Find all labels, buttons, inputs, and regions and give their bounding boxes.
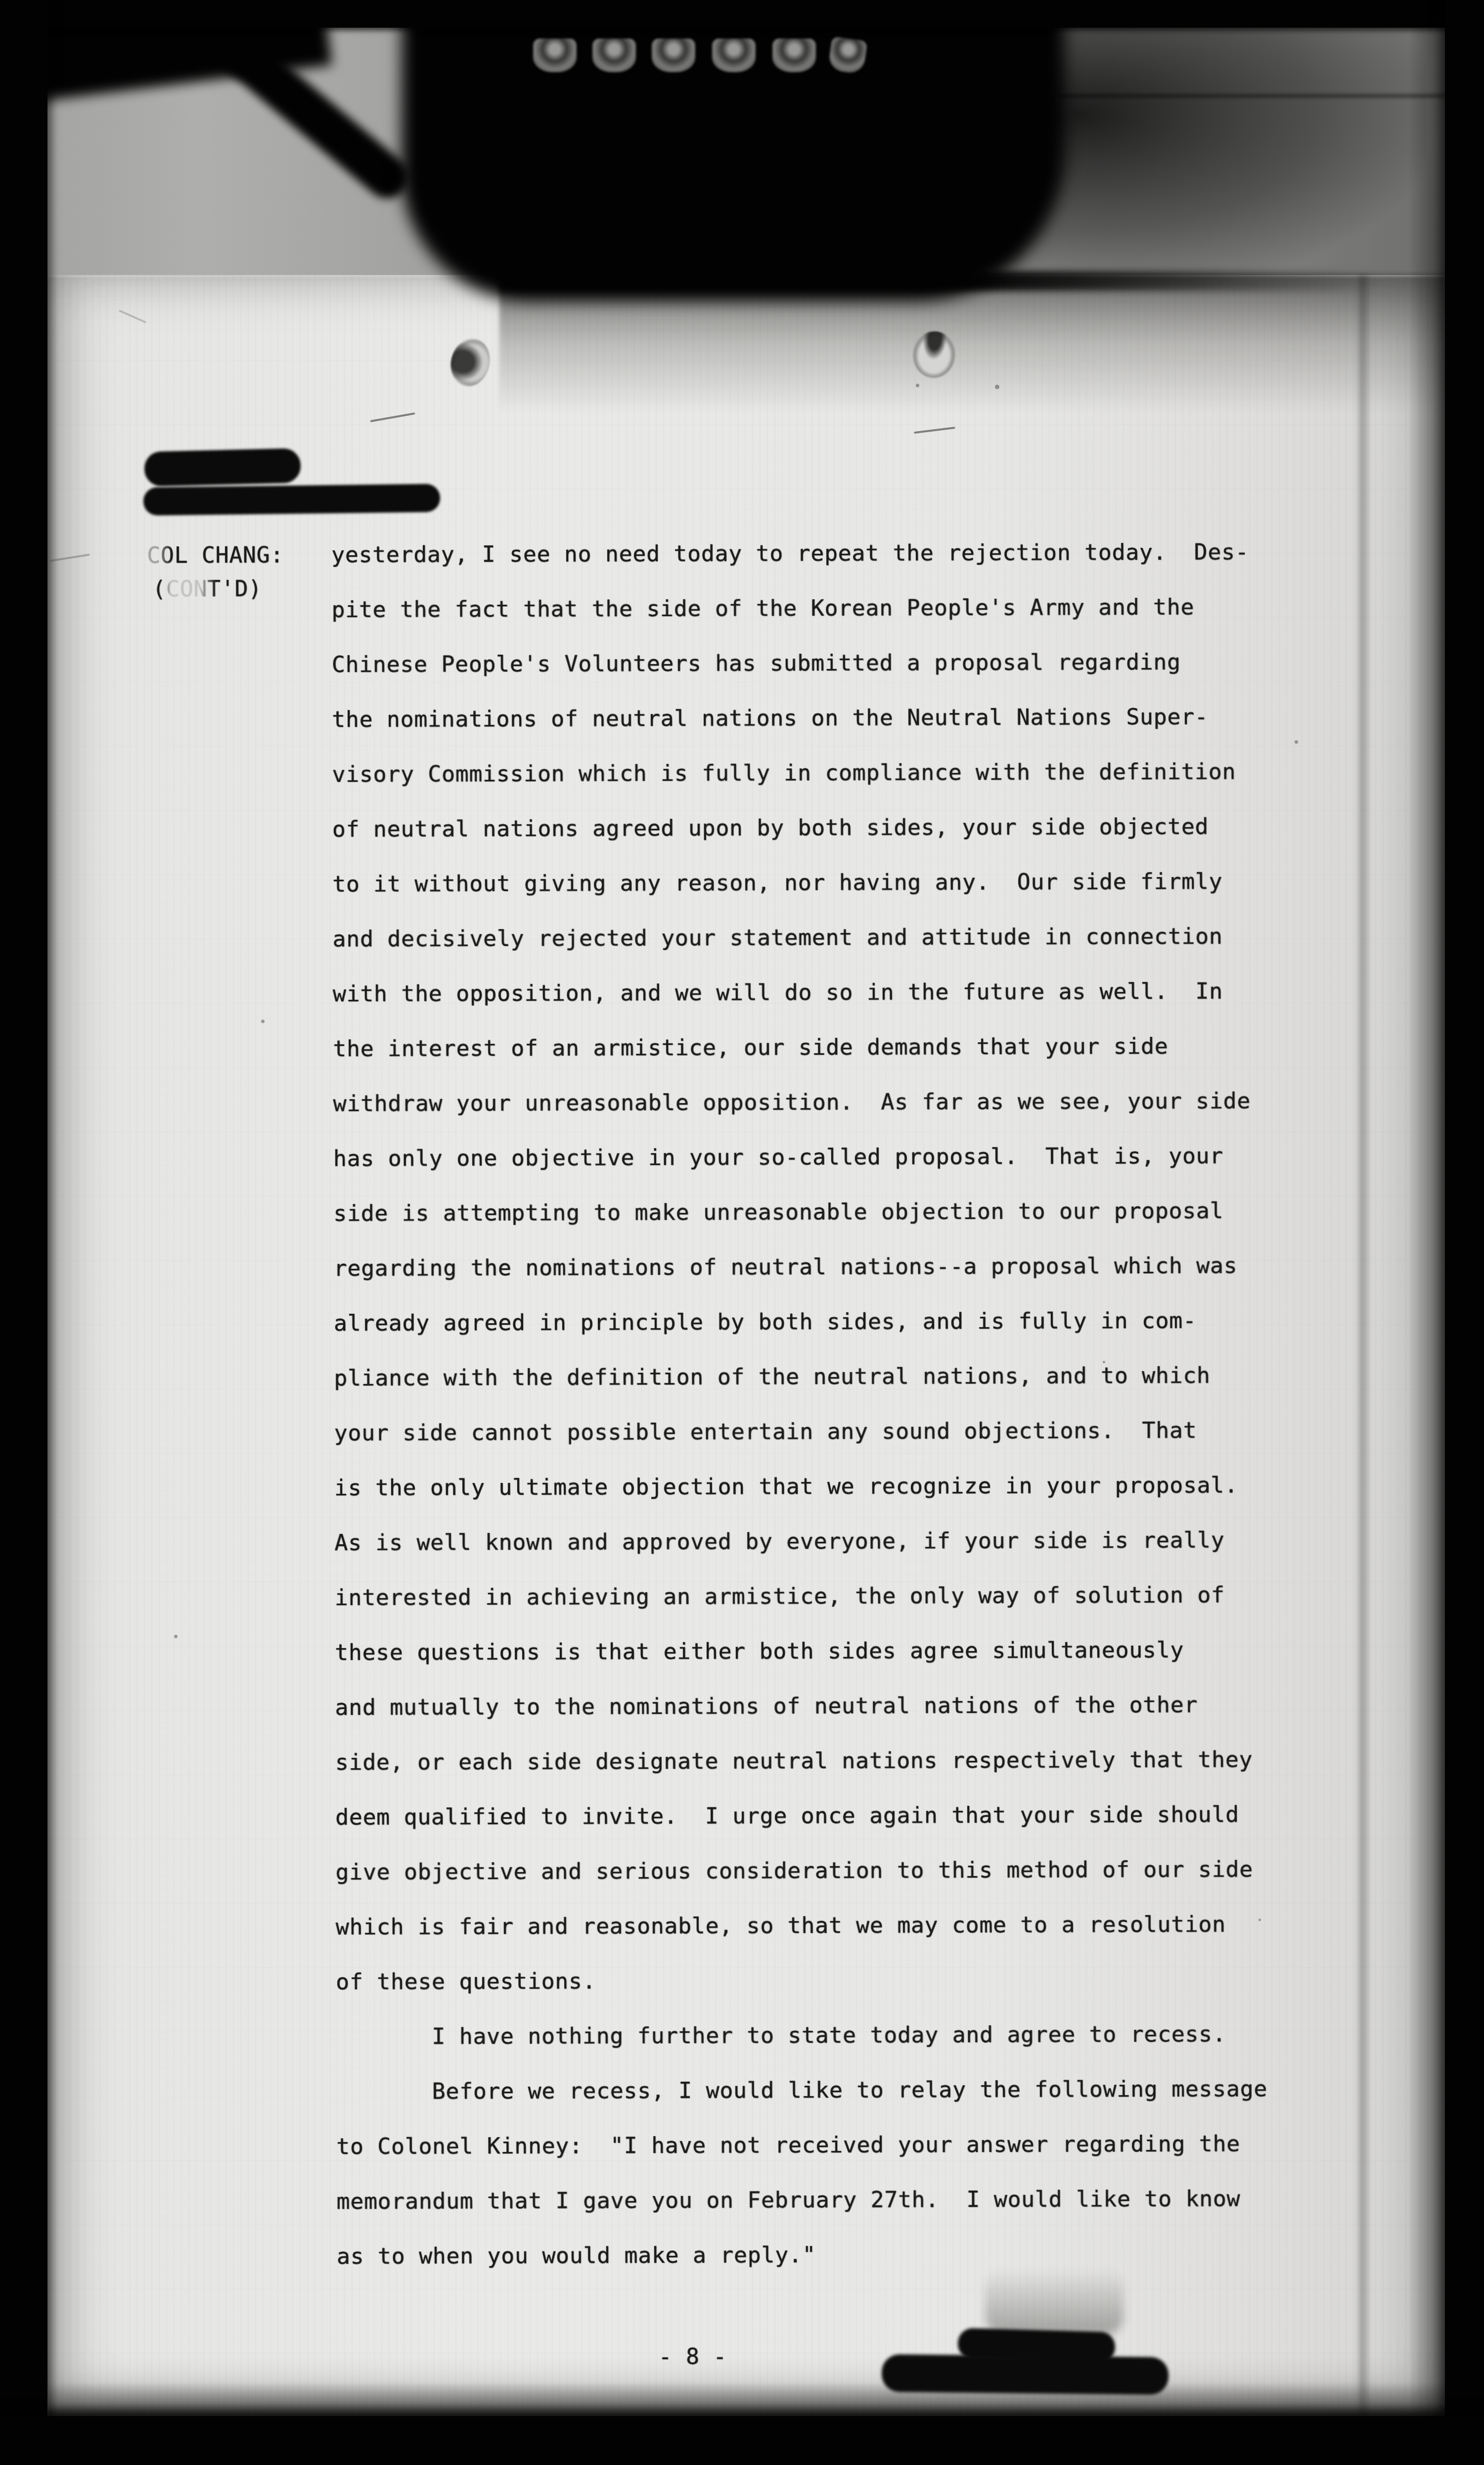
typed-line: side, or each side designate neutral nat…: [335, 1747, 1253, 1775]
typed-line: your side cannot possible entertain any …: [334, 1418, 1197, 1446]
paper-speck: [995, 385, 999, 389]
typed-line: of these questions.: [336, 1968, 596, 1995]
typed-line: to it without giving any reason, nor hav…: [332, 868, 1222, 897]
binder-clip-tooth: [592, 39, 636, 72]
typed-line: is the only ultimate objection that we r…: [334, 1472, 1238, 1501]
binder-clip-tooth: [652, 39, 695, 72]
typed-line: already agreed in principle by both side…: [334, 1308, 1197, 1336]
typed-line: yesterday, I see no need today to repeat…: [331, 539, 1249, 568]
typed-line: the interest of an armistice, our side d…: [333, 1033, 1168, 1062]
typed-line: visory Commission which is fully in comp…: [332, 759, 1236, 787]
typed-line: of neutral nations agreed upon by both s…: [332, 814, 1209, 843]
typed-line: As is well known and approved by everyon…: [334, 1527, 1224, 1556]
paper-speck: [1259, 1919, 1261, 1921]
redaction-ink-bleed: [985, 2269, 1124, 2335]
typed-line: and decisively rejected your statement a…: [332, 923, 1222, 952]
typed-line: to Colonel Kinney: "I have not received …: [336, 2131, 1240, 2159]
typed-line: deem qualified to invite. I urge once ag…: [335, 1801, 1239, 1830]
typed-line: regarding the nominations of neutral nat…: [334, 1253, 1238, 1281]
typed-line: give objective and serious consideration…: [335, 1856, 1253, 1885]
film-border-left: [0, 0, 47, 2465]
speaker-continuation-label: (CONT'D): [152, 576, 262, 602]
scanned-transcript-page: COL CHANG: (CONT'D) yesterday, I see no …: [0, 0, 1484, 2465]
film-border-top: [0, 0, 1484, 28]
typed-line: I have nothing further to state today an…: [336, 2021, 1226, 2050]
typed-line: these questions is that either both side…: [335, 1637, 1184, 1665]
typed-line: Chinese People's Volunteers has submitte…: [332, 649, 1181, 677]
redaction-mark-bottom-2: [882, 2354, 1169, 2395]
typed-line: the nominations of neutral nations on th…: [332, 704, 1208, 733]
typed-line: interested in achieving an armistice, th…: [335, 1582, 1225, 1611]
typed-line: with the opposition, and we will do so i…: [333, 978, 1223, 1007]
typed-line: pite the fact that the side of the Korea…: [331, 594, 1194, 623]
typed-line: memorandum that I gave you on February 2…: [336, 2186, 1240, 2214]
paper-speck: [598, 2206, 601, 2209]
typed-line: side is attempting to make unreasonable …: [333, 1198, 1223, 1226]
typed-line: has only one objective in your so-called…: [333, 1143, 1223, 1171]
typed-line: which is fair and reasonable, so that we…: [336, 1911, 1226, 1940]
film-border-right-shadow: [1408, 0, 1445, 2465]
page-number: - 8 -: [658, 2344, 727, 2370]
binder-clip-tooth: [533, 39, 577, 72]
typewritten-text-layer: COL CHANG: (CONT'D) yesterday, I see no …: [0, 0, 1484, 2465]
typed-line: and mutually to the nominations of neutr…: [335, 1692, 1198, 1720]
film-border-right: [1445, 0, 1484, 2465]
film-border-bottom: [0, 2416, 1484, 2465]
typed-line: Before we recess, I would like to relay …: [336, 2076, 1267, 2105]
binder-clip-tooth: [712, 39, 756, 72]
typed-line: as to when you would make a reply.": [337, 2242, 816, 2269]
typed-line: withdraw your unreasonable opposition. A…: [333, 1088, 1251, 1117]
paper-speck: [261, 1020, 265, 1023]
paper-speck: [174, 1635, 178, 1638]
paper-speck: [916, 384, 919, 387]
speaker-label: COL CHANG:: [147, 542, 284, 568]
typed-line: pliance with the definition of the neutr…: [334, 1363, 1210, 1391]
binder-clip-tooth: [772, 39, 816, 72]
paper-speck: [1295, 740, 1298, 744]
paper-speck: [1103, 1361, 1105, 1363]
